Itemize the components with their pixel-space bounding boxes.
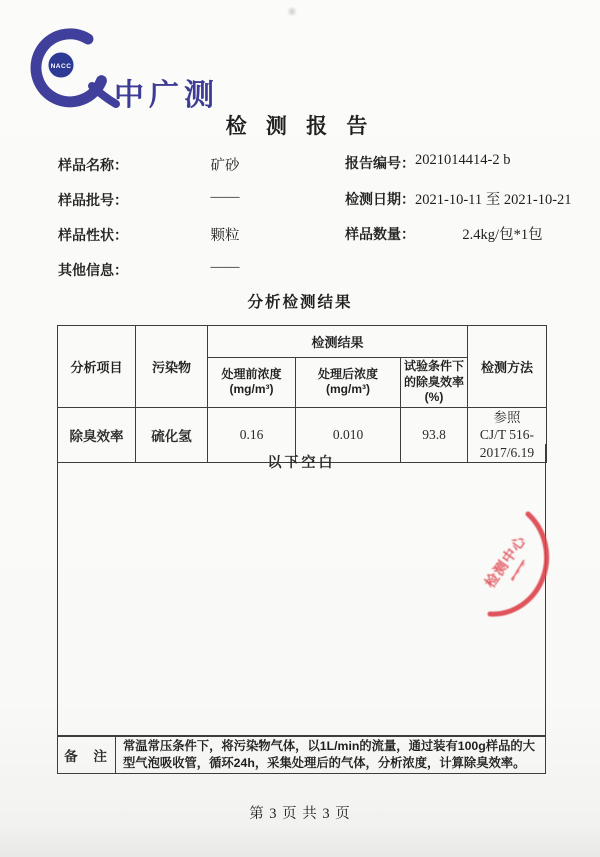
report-no-value: 2021014414-2 b: [415, 152, 590, 169]
page-number: 第 3 页 共 3 页: [0, 802, 600, 823]
remarks-row: 备 注 常温常压条件下，将污染物气体，以1L/min的流量，通过装有100g样品…: [57, 736, 546, 774]
results-section-title: 分析检测结果: [0, 290, 600, 312]
col-header-result-group: 检测结果: [208, 326, 468, 358]
sample-state-value: 颗粒: [150, 224, 300, 245]
scanned-test-report-page: { "logo": { "org_name": "中广测", "badge_te…: [0, 0, 600, 857]
col-header-pollutant: 污染物: [136, 326, 208, 408]
results-table: 分析项目 污染物 检测结果 检测方法 处理前浓度 (mg/m³) 处理后浓度 (…: [57, 325, 547, 463]
org-wordmark: 中广测: [114, 70, 219, 114]
report-title: 检 测 报 告: [0, 110, 600, 140]
col-subheader-before: 处理前浓度 (mg/m³): [208, 358, 296, 408]
sample-name-label: 样品名称：: [58, 155, 128, 175]
sample-name-value: 矿砂: [150, 154, 300, 175]
sample-batch-label: 样品批号：: [58, 190, 128, 210]
official-seal-stamp-icon: 检测中心 〃〃〃: [466, 508, 550, 620]
col-header-method: 检测方法: [468, 326, 547, 408]
sample-batch-value: ——: [150, 189, 300, 206]
sample-state-label: 样品性状：: [58, 225, 128, 245]
sample-qty-label: 样品数量：: [345, 224, 415, 244]
other-info-value: ——: [150, 259, 300, 276]
test-date-value: 2021-10-11 至 2021-10-21: [415, 188, 590, 209]
remarks-label: 备 注: [58, 737, 116, 773]
test-date-label: 检测日期：: [345, 189, 415, 209]
scan-noise: [286, 7, 298, 16]
blank-below-note: 以下空白: [57, 452, 546, 472]
org-logo: NACC 中广测: [28, 18, 298, 110]
col-subheader-after: 处理后浓度 (mg/m³): [296, 358, 401, 408]
report-no-label: 报告编号：: [345, 153, 415, 173]
other-info-label: 其他信息：: [58, 260, 128, 280]
nacc-badge-text: NACC: [51, 63, 72, 70]
col-header-analysis-item: 分析项目: [58, 326, 136, 408]
sample-qty-value: 2.4kg/包*1包: [415, 223, 590, 244]
col-subheader-efficiency: 试验条件下 的除臭效率(%): [401, 358, 468, 408]
remarks-text: 常温常压条件下，将污染物气体，以1L/min的流量，通过装有100g样品的大型气…: [116, 737, 545, 773]
